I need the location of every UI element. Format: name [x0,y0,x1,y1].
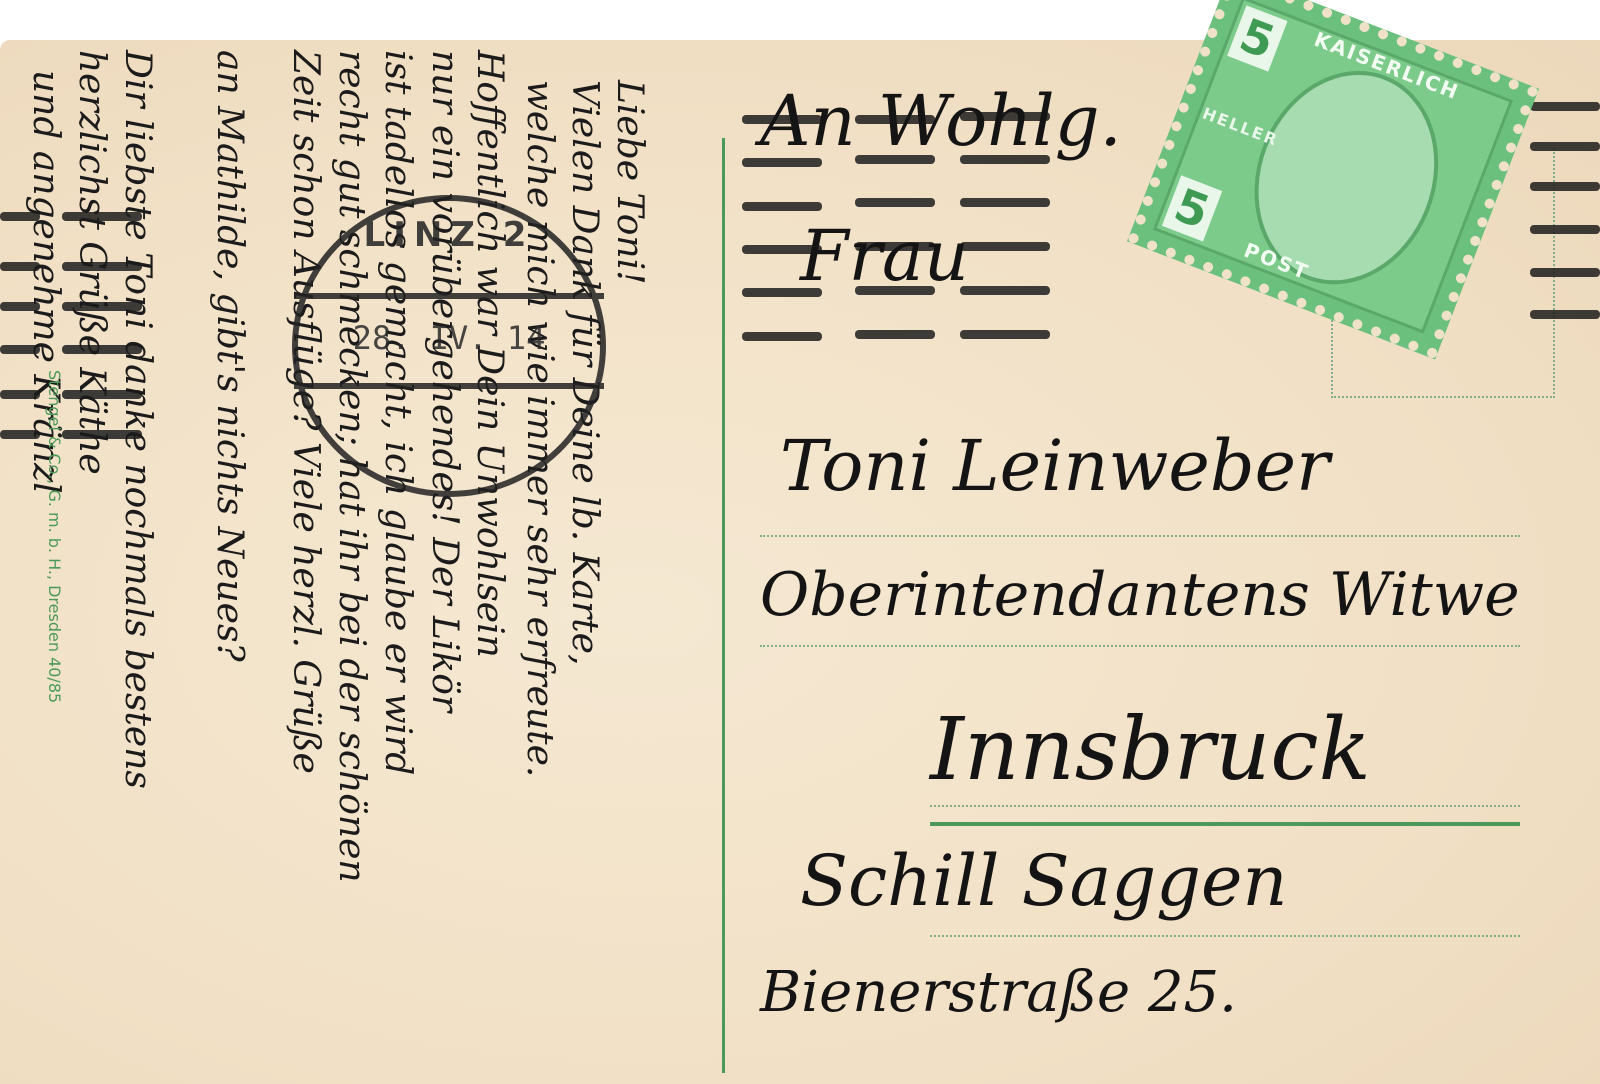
address-district: Schill Saggen [800,840,1287,922]
center-divider-line [722,138,725,1073]
postmark-city: LINZ 2 [298,215,600,255]
message-line: Liebe Toni! [609,80,650,285]
message-line: herzlichst Grüße Käthe [71,50,112,475]
address-occupation: Oberintendantens Witwe [760,560,1520,630]
address-line-4 [930,935,1520,937]
message-line: Dir liebste Toni danke nochmals bestens [117,50,158,789]
address-street: Bienerstraße 25. [760,960,1237,1025]
address-line-3 [930,805,1520,807]
address-line-2 [760,645,1520,647]
message-line: an Mathilde, gibt's nichts Neues? [209,50,250,662]
postmark-date: 28. IV. 14 [298,319,600,357]
address-line-1 [760,535,1520,537]
stamp-denomination: 5 [1162,175,1222,241]
postmark-band-bottom [294,383,604,389]
stamp-unit: HELLER [1200,104,1281,150]
address-name: Toni Leinweber [780,425,1330,507]
address-city: Innsbruck [930,700,1371,800]
stamp-denomination: 5 [1227,5,1287,71]
postmark-band-top [294,293,604,299]
address-salutation: An Wohlg. [760,80,1122,162]
postmark: LINZ 2 28. IV. 14 [292,195,606,497]
printer-imprint: Stengel & Co., G. m. b. H., Dresden 40/8… [45,370,64,703]
address-underline [930,822,1520,826]
address-title: Frau [800,215,969,297]
